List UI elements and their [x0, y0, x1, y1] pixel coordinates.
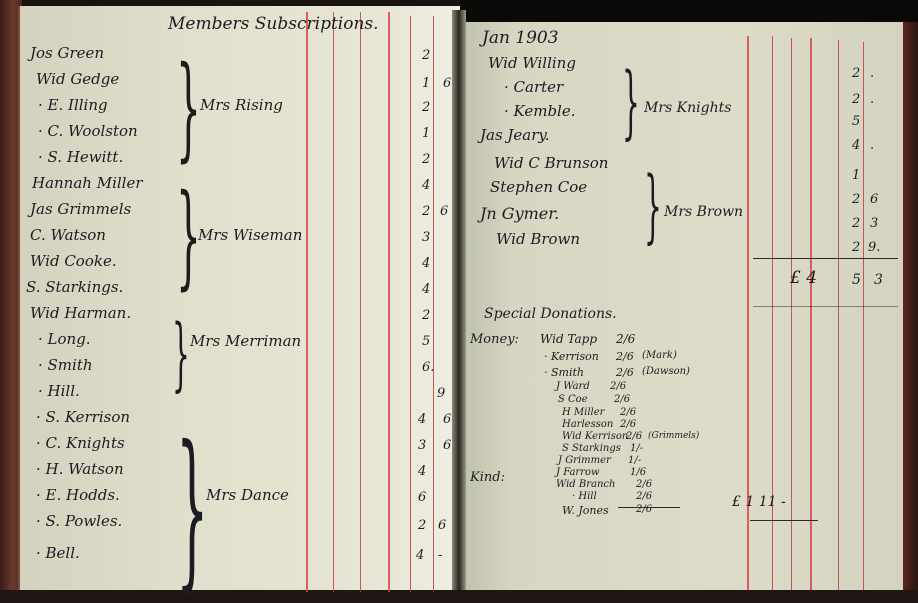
amount-pence: - [438, 548, 442, 563]
donation-name: H Miller [562, 407, 604, 418]
red-rule [306, 12, 308, 592]
collector-name: Mrs Knights [644, 100, 731, 116]
amount-shillings: 4 [422, 178, 430, 193]
donation-name: S Starkings [562, 443, 621, 454]
amount-pence: . [870, 138, 874, 153]
amount-shillings: 4 [852, 138, 860, 153]
amount-pence: 9. [868, 240, 880, 255]
amount-shillings: 2 [852, 92, 860, 107]
donation-rule [618, 507, 680, 508]
amount-shillings: 2 [852, 192, 860, 207]
amount-pence: 6 [438, 518, 446, 533]
amount-pence: 6 [443, 412, 451, 427]
amount-pence: 6 [440, 204, 448, 219]
donation-amount: 2/6 [614, 394, 630, 405]
red-rule [360, 12, 361, 592]
collector-name: Mrs Merriman [190, 332, 301, 350]
collector-name: Mrs Rising [200, 96, 283, 114]
donation-amount: 2/6 [616, 366, 634, 379]
amount-pence: 6 [870, 192, 878, 207]
donation-section-label: Kind: [470, 470, 505, 485]
donation-amount: 2/6 [620, 419, 636, 430]
amount-shillings: 5 [852, 114, 860, 129]
background-dark [460, 0, 918, 24]
member-name: Stephen Coe [490, 178, 587, 196]
amount-pence: 3 [870, 216, 878, 231]
red-rule [333, 12, 334, 592]
amount-shillings: 4 [418, 412, 426, 427]
brace: } [172, 314, 190, 394]
member-name: · E. Hodds. [36, 486, 120, 504]
donation-note: (Grimmels) [648, 431, 699, 441]
amount-shillings: 6. [422, 360, 434, 375]
amount-pence: 9 [437, 386, 445, 401]
donation-amount: 2/6 [616, 350, 634, 363]
amount-shillings: 2 [852, 216, 860, 231]
donation-name: W. Jones [562, 504, 609, 517]
brace: } [176, 52, 201, 164]
special-donations-heading: Special Donations. [484, 306, 617, 322]
donation-amount: 1/- [630, 443, 643, 454]
donation-name: J Grimmer [558, 455, 611, 466]
member-name: Jas Jeary. [480, 126, 550, 144]
total-rule [753, 258, 898, 259]
donations-total-underline [750, 520, 818, 521]
total-underline [753, 306, 898, 307]
amount-shillings: 5 [422, 334, 430, 349]
amount-shillings: 3 [422, 230, 430, 245]
member-name: · E. Illing [38, 96, 108, 114]
red-rule [838, 40, 839, 590]
ledger-date: Jan 1903 [482, 28, 559, 48]
red-rule [791, 38, 792, 590]
amount-shillings: 2 [422, 308, 430, 323]
collector-name: Mrs Dance [206, 486, 289, 504]
page-title: Members Subscriptions. [168, 14, 379, 34]
amount-shillings: 4 [422, 256, 430, 271]
donation-name: · Smith [544, 366, 584, 379]
amount-pence: 6 [443, 438, 451, 453]
member-name: S. Starkings. [26, 278, 123, 296]
red-rule [433, 16, 434, 592]
red-rule [388, 12, 390, 592]
member-name: Jn Gymer. [480, 204, 559, 223]
member-name: · H. Watson [36, 460, 124, 478]
donation-section-label: Money: [470, 332, 519, 347]
member-name: Wid C Brunson [494, 154, 608, 172]
donation-name: · Kerrison [544, 350, 599, 363]
member-name: · Kemble. [504, 102, 575, 120]
amount-shillings: 2 [852, 240, 860, 255]
member-name: · Smith [38, 356, 93, 374]
amount-shillings: 1 [422, 76, 430, 91]
collector-name: Mrs Wiseman [198, 226, 302, 244]
amount-shillings: 2 [418, 518, 426, 533]
member-name: C. Watson [30, 226, 106, 244]
amount-shillings: 4 [416, 548, 424, 563]
member-name: · C. Knights [36, 434, 125, 452]
donation-amount: 2/6 [636, 479, 652, 490]
donation-name: S Coe [558, 394, 588, 405]
donation-amount: 2/6 [636, 504, 652, 515]
amount-shillings: 4 [418, 464, 426, 479]
amount-shillings: 2 [422, 204, 430, 219]
member-name: Wid Brown [496, 230, 580, 248]
donation-note: (Mark) [642, 350, 677, 361]
member-name: Wid Cooke. [30, 252, 117, 270]
total-shillings: 5 [852, 272, 861, 288]
member-name: Hannah Miller [32, 174, 143, 192]
donation-amount: 2/6 [636, 491, 652, 502]
amount-shillings: 2 [422, 152, 430, 167]
amount-pence: . [870, 66, 874, 81]
table-surface [0, 590, 918, 603]
donation-note: (Dawson) [642, 366, 690, 377]
donation-name: Harlesson [562, 419, 613, 430]
donation-name: Wid Tapp [540, 332, 597, 346]
member-name: Wid Harman. [30, 304, 131, 322]
book-gutter [452, 10, 466, 595]
member-name: Jos Green [30, 44, 104, 62]
donation-amount: 1/6 [630, 467, 646, 478]
member-name: · S. Hewitt. [38, 148, 123, 166]
red-rule [410, 16, 411, 592]
donation-name: Wid Branch [556, 479, 615, 490]
donations-total: £ 1 11 - [732, 494, 786, 510]
member-name: · Carter [504, 78, 563, 96]
member-name: · C. Woolston [38, 122, 138, 140]
brace: } [176, 424, 208, 594]
donation-name: J Farrow [556, 467, 600, 478]
red-rule [863, 42, 864, 590]
donation-amount: 1/- [628, 455, 641, 466]
donation-amount: 2/6 [626, 431, 642, 442]
amount-shillings: 1 [852, 168, 860, 183]
member-name: Wid Gedge [36, 70, 119, 88]
total-pounds: £ 4 [790, 268, 817, 288]
amount-shillings: 6 [418, 490, 426, 505]
member-name: · S. Powles. [36, 512, 122, 530]
amount-shillings: 4 [422, 282, 430, 297]
donation-amount: 2/6 [610, 381, 626, 392]
amount-pence: 6 [443, 76, 451, 91]
amount-shillings: 1 [422, 126, 430, 141]
amount-shillings: 2 [422, 100, 430, 115]
amount-shillings: 2 [422, 48, 430, 63]
member-name: · Bell. [36, 544, 80, 562]
donation-amount: 2/6 [620, 407, 636, 418]
brace: } [622, 62, 640, 142]
donation-name: · Hill [572, 491, 597, 502]
total-pence: 3 [874, 272, 883, 288]
amount-shillings: 3 [418, 438, 426, 453]
amount-pence: . [870, 92, 874, 107]
donation-name: J Ward [556, 381, 590, 392]
collector-name: Mrs Brown [664, 204, 743, 220]
book-cover-right [903, 22, 918, 603]
member-name: Jas Grimmels [30, 200, 131, 218]
member-name: · S. Kerrison [36, 408, 130, 426]
donation-amount: 2/6 [616, 332, 635, 346]
donation-name: Wid Kerrison [562, 431, 628, 442]
brace: } [644, 166, 662, 246]
amount-shillings: 2 [852, 66, 860, 81]
member-name: · Long. [38, 330, 91, 348]
member-name: · Hill. [38, 382, 80, 400]
member-name: Wid Willing [488, 54, 576, 72]
red-rule [810, 38, 812, 590]
left-page [18, 6, 460, 592]
open-ledger-book: Members Subscriptions. Jos Green 2 Wid G… [0, 0, 918, 603]
